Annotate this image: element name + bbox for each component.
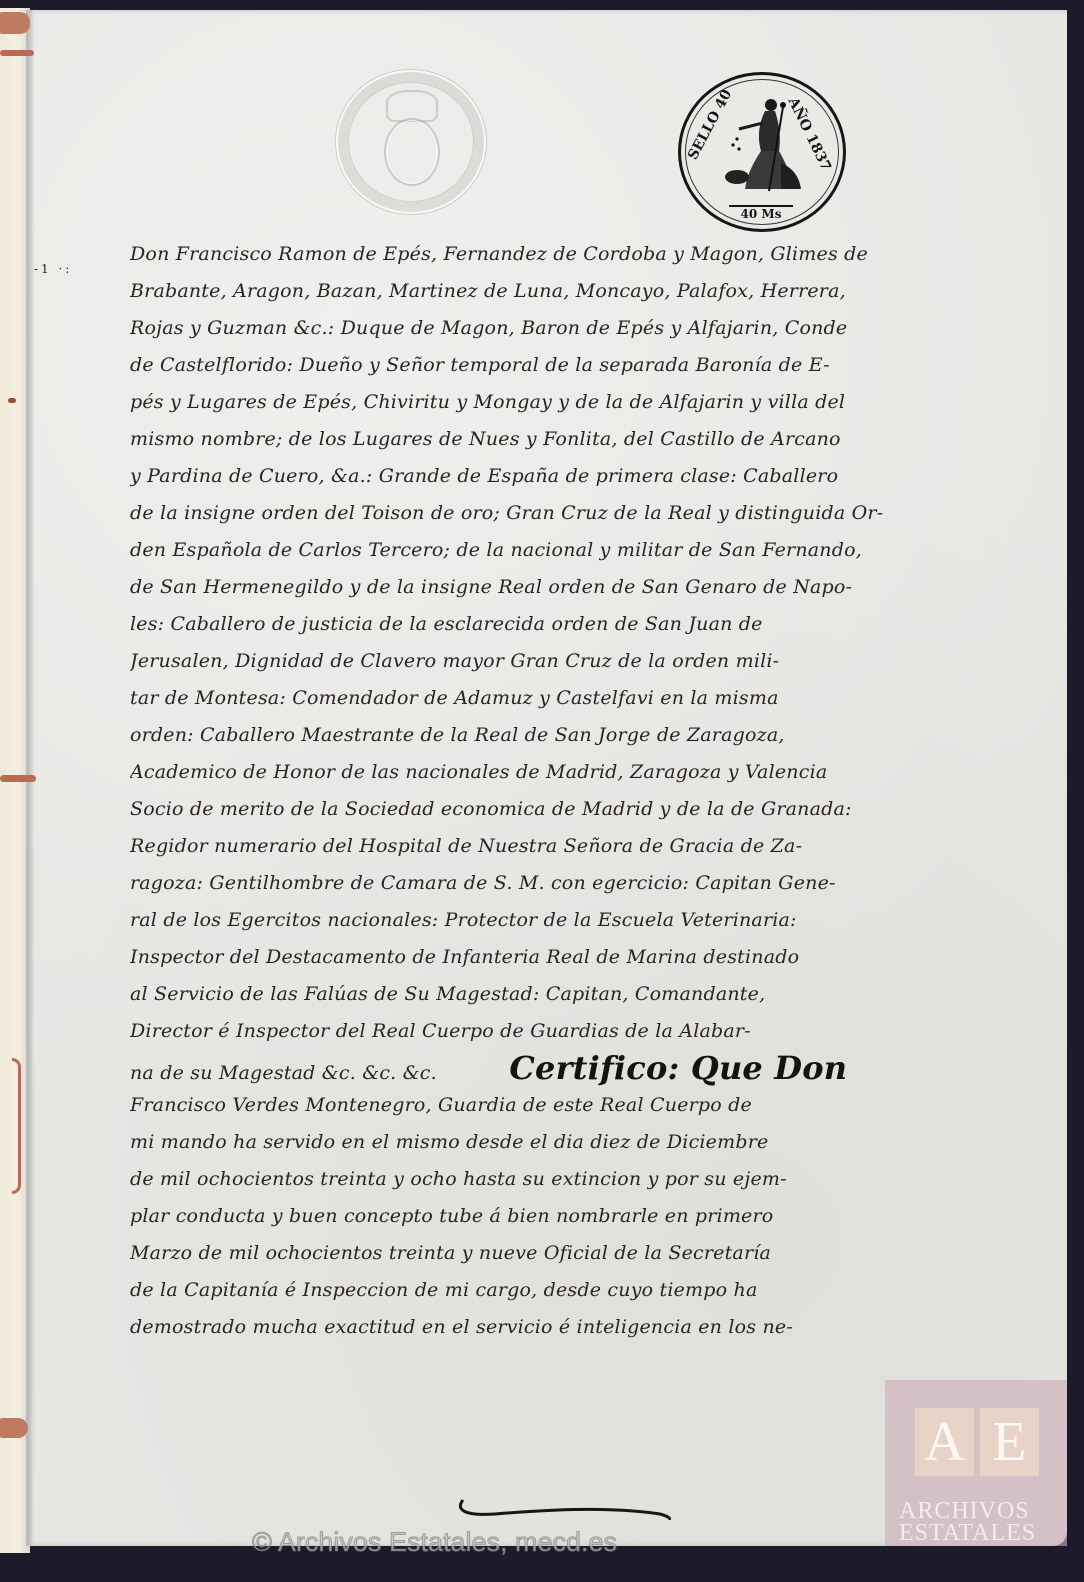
text-line: y Pardina de Cuero, &a.: Grande de Españ… bbox=[130, 458, 1052, 495]
text-line: Socio de merito de la Sociedad economica… bbox=[130, 791, 1052, 828]
margin-marks: -1 ·: bbox=[34, 262, 72, 276]
text-line: al Servicio de las Falúas de Su Magestad… bbox=[130, 976, 1052, 1013]
text-line: mi mando ha servido en el mismo desde el… bbox=[130, 1124, 1052, 1161]
text-line: mismo nombre; de los Lugares de Nues y F… bbox=[130, 421, 1052, 458]
stamp-value: 40 Ms bbox=[729, 205, 793, 221]
logo-letter-e: E bbox=[980, 1408, 1039, 1476]
embossed-seal-icon bbox=[336, 70, 486, 214]
text-line: tar de Montesa: Comendador de Adamuz y C… bbox=[130, 680, 1052, 717]
certifico-heading: Certifico: Que Don bbox=[509, 1050, 847, 1087]
text-line: Rojas y Guzman &c.: Duque de Magon, Baro… bbox=[130, 310, 1052, 347]
text-line: den Española de Carlos Tercero; de la na… bbox=[130, 532, 1052, 569]
binding-thread-icon bbox=[0, 775, 36, 782]
text-line: ragoza: Gentilhombre de Camara de S. M. … bbox=[130, 865, 1052, 902]
pen-flourish-icon bbox=[455, 1496, 675, 1520]
binding-thread-loop-icon bbox=[12, 1058, 21, 1194]
text-line: na de su Magestad &c. &c. &c. Certifico:… bbox=[130, 1050, 1052, 1087]
text-line: de San Hermenegildo y de la insigne Real… bbox=[130, 569, 1052, 606]
text-line: de Castelflorido: Dueño y Señor temporal… bbox=[130, 347, 1052, 384]
binding-thread-icon bbox=[0, 50, 34, 56]
text-line: orden: Caballero Maestrante de la Real d… bbox=[130, 717, 1052, 754]
copyright-watermark: © Archivos Estatales, mecd.es bbox=[252, 1527, 617, 1558]
logo-text-estatales: ESTATALES bbox=[899, 1522, 1069, 1544]
text-line: Francisco Verdes Montenegro, Guardia de … bbox=[130, 1087, 1052, 1124]
text-line: Marzo de mil ochocientos treinta y nueve… bbox=[130, 1235, 1052, 1272]
logo-letter-a: A bbox=[915, 1408, 974, 1476]
text-line: ral de los Egercitos nacionales: Protect… bbox=[130, 902, 1052, 939]
text-line: Director é Inspector del Real Cuerpo de … bbox=[130, 1013, 1052, 1050]
text-line: de mil ochocientos treinta y ocho hasta … bbox=[130, 1161, 1052, 1198]
text-line: Jerusalen, Dignidad de Clavero mayor Gra… bbox=[130, 643, 1052, 680]
text-line: Academico de Honor de las nacionales de … bbox=[130, 754, 1052, 791]
text-line: de la Capitanía é Inspeccion de mi cargo… bbox=[130, 1272, 1052, 1309]
binding-thread-icon bbox=[0, 1418, 28, 1438]
tax-stamp: SELLO 40 AÑO 1837 40 Ms bbox=[678, 72, 846, 232]
text-line-start: na de su Magestad &c. &c. &c. bbox=[130, 1062, 437, 1084]
coat-of-arms-icon bbox=[384, 118, 440, 186]
archivos-estatales-logo: A E ARCHIVOS ESTATALES bbox=[885, 1380, 1067, 1546]
binding-thread-icon bbox=[0, 12, 30, 34]
text-line: demostrado mucha exactitud en el servici… bbox=[130, 1309, 1052, 1346]
text-line: les: Caballero de justicia de la esclare… bbox=[130, 606, 1052, 643]
text-line: Inspector del Destacamento de Infanteria… bbox=[130, 939, 1052, 976]
text-line: pés y Lugares de Epés, Chiviritu y Monga… bbox=[130, 384, 1052, 421]
text-line: Brabante, Aragon, Bazan, Martinez de Lun… bbox=[130, 273, 1052, 310]
text-line: plar conducta y buen concepto tube á bie… bbox=[130, 1198, 1052, 1235]
text-line: Regidor numerario del Hospital de Nuestr… bbox=[130, 828, 1052, 865]
handwritten-text: Don Francisco Ramon de Epés, Fernandez d… bbox=[130, 236, 1052, 1346]
binding-thread-icon bbox=[8, 398, 16, 403]
text-line: de la insigne orden del Toison de oro; G… bbox=[130, 495, 1052, 532]
text-line: Don Francisco Ramon de Epés, Fernandez d… bbox=[130, 236, 1052, 273]
logo-text-archivos: ARCHIVOS bbox=[899, 1500, 1069, 1522]
